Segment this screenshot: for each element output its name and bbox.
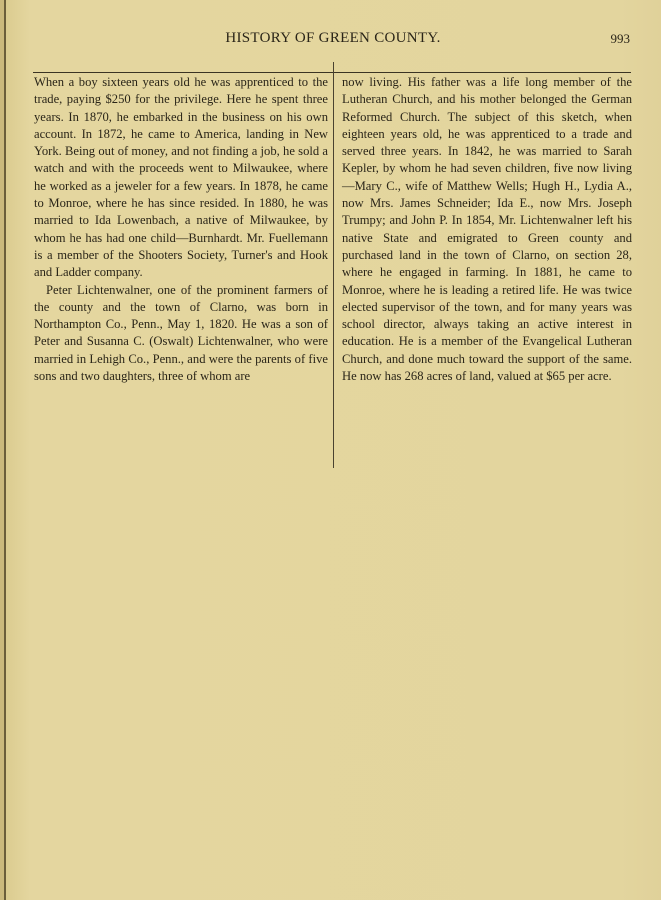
right-column: now living. His father was a life long m… — [342, 74, 632, 385]
paragraph-fuellemann: When a boy sixteen years old he was appr… — [34, 74, 328, 282]
header-rule — [33, 72, 631, 73]
left-column: When a boy sixteen years old he was appr… — [34, 74, 328, 385]
page-number: 993 — [611, 31, 631, 47]
running-head: HISTORY OF GREEN COUNTY. 993 — [33, 30, 633, 50]
page-binding-edge — [4, 0, 6, 900]
book-page: HISTORY OF GREEN COUNTY. 993 When a boy … — [0, 0, 661, 900]
running-title: HISTORY OF GREEN COUNTY. — [33, 30, 633, 47]
paragraph-lichtenwalner-intro: Peter Lichtenwalner, one of the prominen… — [34, 282, 328, 386]
column-divider — [333, 62, 334, 468]
paragraph-lichtenwalner-continued: now living. His father was a life long m… — [342, 74, 632, 385]
